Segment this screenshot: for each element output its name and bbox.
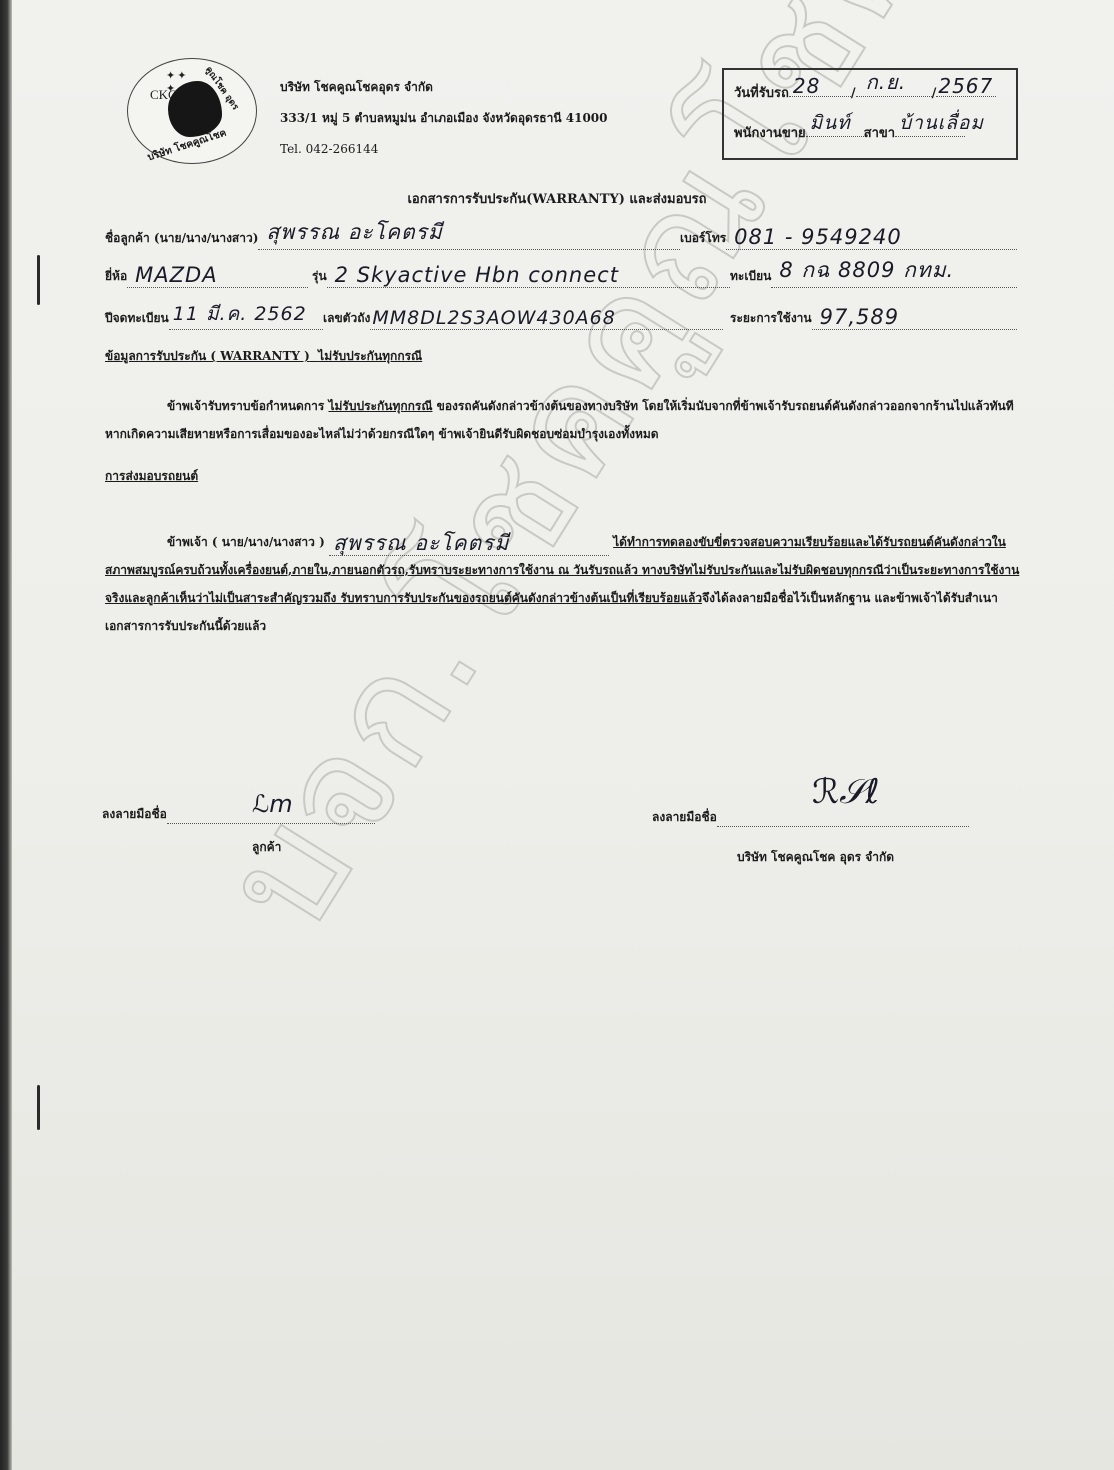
binder-hole-mark [37, 255, 40, 305]
delivery-heading: การส่งมอบรถยนต์ [105, 467, 198, 486]
vehicle-row: ยี่ห้อ MAZDA รุ่น 2 Skyactive Hbn connec… [105, 260, 1017, 288]
vin-value: MM8DL2S3AOW430A68 [372, 307, 616, 329]
warranty-paragraph: ข้าพเจ้ารับทราบข้อกำหนดการ ไม่รับประกันท… [105, 392, 1020, 448]
customer-caption: ลูกค้า [252, 838, 281, 857]
vin-label: เลขตัวถัง [323, 309, 370, 330]
mileage-label: ระยะการใช้งาน [730, 309, 812, 330]
receipt-date-month: ก.ย. [866, 66, 907, 98]
reg-year-label: ปีจดทะเบียน [105, 309, 169, 330]
branch-value: บ้านเลื่อม [899, 108, 984, 138]
customer-name-value: สุพรรณ อะโคตรมี [266, 216, 442, 249]
delivery-customer-name: สุพรรณ อะโคตรมี [333, 529, 509, 557]
customer-signature-line: ลงลายมือชื่อ [102, 805, 375, 824]
branch-label: สาขา [864, 126, 895, 141]
plate-label: ทะเบียน [730, 267, 771, 288]
binder-hole-mark [37, 1085, 40, 1130]
receipt-date-year: 2567 [938, 74, 993, 98]
document-page: บจก.โชคคูณโชค อุดร ✦✦✦ CKC คูณโชค อุดร บ… [12, 0, 1114, 1470]
reg-year-value: 11 มี.ค. 2562 [173, 299, 307, 329]
model-value: 2 Skyactive Hbn connect [335, 263, 619, 287]
registration-row: ปีจดทะเบียน 11 มี.ค. 2562 เลขตัวถัง MM8D… [105, 302, 1017, 330]
customer-sig-label: ลงลายมือชื่อ [102, 807, 167, 821]
company-name: บริษัท โชคคูณโชคอุดร จำกัด [280, 72, 608, 103]
warranty-no-coverage: ไม่รับประกันทุกกรณี [328, 399, 432, 413]
company-signature: ℛ𝒮ℓ [812, 772, 880, 812]
customer-label: ชื่อลูกค้า (นาย/นาง/นางสาว) [105, 229, 258, 250]
receipt-sales-row: พนักงานขายมินท์สาขาบ้านเลื่อม [734, 122, 965, 143]
plate-value: 8 กฉ 8809 กทม. [779, 254, 954, 287]
company-caption: บริษัท โชคคูณโชค อุดร จำกัด [737, 848, 894, 867]
brand-value: MAZDA [135, 263, 217, 287]
customer-row: ชื่อลูกค้า (นาย/นาง/นางสาว) สุพรรณ อะโคต… [105, 222, 1017, 250]
phone-label: เบอร์โทร [680, 229, 726, 250]
delivery-paragraph: ข้าพเจ้า ( นาย/นาง/นางสาว ) สุพรรณ อะโคต… [105, 528, 1020, 640]
company-signature-line: ลงลายมือชื่อ [652, 808, 969, 827]
salesperson-value: มินท์ [810, 108, 851, 138]
phone-value: 081 - 9549240 [734, 225, 902, 249]
warranty-heading: ข้อมูลการรับประกัน ( WARRANTY ) ไม่รับปร… [105, 347, 422, 366]
receipt-date-label: วันที่รับรถ [734, 86, 789, 101]
company-phone: Tel. 042-266144 [280, 134, 608, 165]
company-sig-label: ลงลายมือชื่อ [652, 810, 717, 824]
delivery-prefix: ข้าพเจ้า ( นาย/นาง/นางสาว ) [167, 535, 325, 549]
company-address: 333/1 หมู่ 5 ตำบลหมูม่น อำเภอเมือง จังหว… [280, 103, 608, 134]
scan-left-edge [0, 0, 12, 1470]
mileage-value: 97,589 [820, 305, 899, 329]
receipt-info-box: วันที่รับรถ28/ก.ย./2567 พนักงานขายมินท์ส… [722, 68, 1018, 160]
brand-label: ยี่ห้อ [105, 267, 127, 288]
company-header: บริษัท โชคคูณโชคอุดร จำกัด 333/1 หมู่ 5 … [280, 72, 608, 165]
salesperson-label: พนักงานขาย [734, 126, 806, 141]
receipt-date-row: วันที่รับรถ28/ก.ย./2567 [734, 82, 996, 103]
warranty-heading-label: ข้อมูลการรับประกัน ( WARRANTY ) [105, 349, 310, 363]
receipt-date-day: 28 [793, 74, 820, 98]
customer-signature: ℒm [252, 790, 293, 818]
company-logo: ✦✦✦ CKC คูณโชค อุดร บริษัท โชคคูณโชค [127, 58, 257, 164]
warranty-status: ไม่รับประกันทุกกรณี [318, 349, 422, 363]
document-title: เอกสารการรับประกัน(WARRANTY) และส่งมอบรถ [0, 188, 1114, 209]
model-label: รุ่น [312, 267, 327, 288]
